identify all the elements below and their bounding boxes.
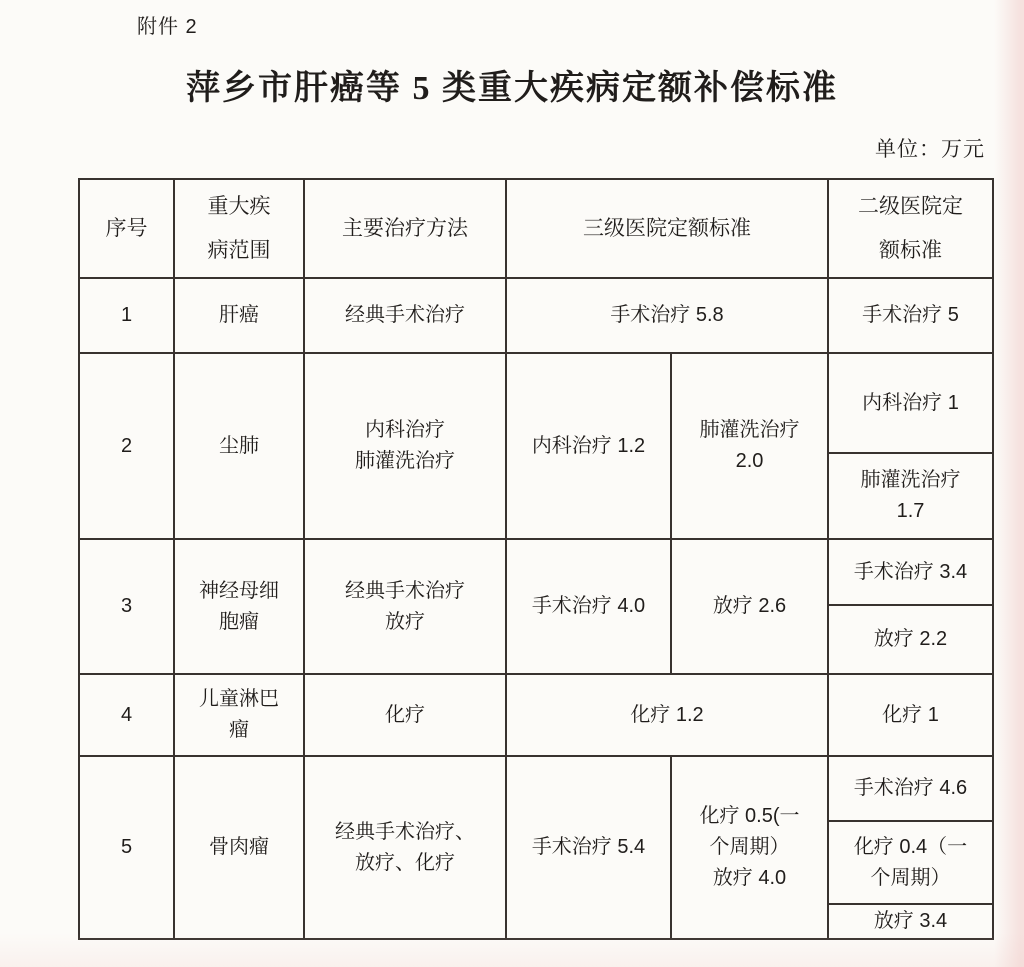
r4-seq-cell: 4 [79, 674, 174, 756]
scanned-document-page: 附件 2 萍乡市肝癌等 5 类重大疾病定额补偿标准 单位：万元 序号 重大疾 病… [0, 0, 1024, 967]
r5-treatment-cell: 经典手术治疗、 放疗、化疗 [304, 756, 506, 939]
header-treatment-cell: 主要治疗方法 [304, 179, 506, 278]
header-disease-scope-cell: 重大疾 病范围 [174, 179, 304, 278]
r4-disease-cell: 儿童淋巴 瘤 [174, 674, 304, 756]
r2-disease-cell: 尘肺 [174, 353, 304, 539]
r5-seq-cell: 5 [79, 756, 174, 939]
r2-tier2-b-cell: 肺灌洗治疗 1.7 [828, 453, 993, 539]
header-tier3-cell: 三级医院定额标准 [506, 179, 828, 278]
r2-tier2-a-cell: 内科治疗 1 [828, 353, 993, 453]
r2-tier3-b-cell: 肺灌洗治疗 2.0 [671, 353, 828, 539]
header-seq-cell: 序号 [79, 179, 174, 278]
attachment-label: 附件 2 [137, 10, 198, 39]
r5-tier3-a-cell: 手术治疗 5.4 [506, 756, 671, 939]
r3-tier2-b-cell: 放疗 2.2 [828, 605, 993, 674]
table-header-row: 序号 重大疾 病范围 主要治疗方法 三级医院定额标准 二级医院定 额标准 [79, 179, 993, 278]
r4-tier2-cell: 化疗 1 [828, 674, 993, 756]
compensation-standards-table: 序号 重大疾 病范围 主要治疗方法 三级医院定额标准 二级医院定 额标准 1 肝… [78, 178, 994, 940]
r2-tier3-a-cell: 内科治疗 1.2 [506, 353, 671, 539]
r1-seq-cell: 1 [79, 278, 174, 353]
r5-tier2-c-cell: 放疗 3.4 [828, 904, 993, 939]
unit-label: 单位：万元 [875, 133, 985, 163]
r3-tier3-b-cell: 放疗 2.6 [671, 539, 828, 674]
r3-seq-cell: 3 [79, 539, 174, 674]
r5-tier3-b-cell: 化疗 0.5(一 个周期） 放疗 4.0 [671, 756, 828, 939]
r1-treatment-cell: 经典手术治疗 [304, 278, 506, 353]
r5-tier2-b-cell: 化疗 0.4（一 个周期） [828, 821, 993, 904]
table-row: 5 骨肉瘤 经典手术治疗、 放疗、化疗 手术治疗 5.4 化疗 0.5(一 个周… [79, 756, 993, 821]
scan-edge-tint-right [994, 0, 1024, 967]
r2-seq-cell: 2 [79, 353, 174, 539]
r4-treatment-cell: 化疗 [304, 674, 506, 756]
r1-tier3-merged-cell: 手术治疗 5.8 [506, 278, 828, 353]
r1-tier2-cell: 手术治疗 5 [828, 278, 993, 353]
r3-treatment-cell: 经典手术治疗 放疗 [304, 539, 506, 674]
table-row: 2 尘肺 内科治疗 肺灌洗治疗 内科治疗 1.2 肺灌洗治疗 2.0 内科治疗 … [79, 353, 993, 453]
table-row: 4 儿童淋巴 瘤 化疗 化疗 1.2 化疗 1 [79, 674, 993, 756]
header-tier2-cell: 二级医院定 额标准 [828, 179, 993, 278]
r5-tier2-a-cell: 手术治疗 4.6 [828, 756, 993, 821]
r3-tier2-a-cell: 手术治疗 3.4 [828, 539, 993, 605]
r4-tier3-merged-cell: 化疗 1.2 [506, 674, 828, 756]
r2-treatment-cell: 内科治疗 肺灌洗治疗 [304, 353, 506, 539]
r3-disease-cell: 神经母细 胞瘤 [174, 539, 304, 674]
r5-disease-cell: 骨肉瘤 [174, 756, 304, 939]
table-row: 3 神经母细 胞瘤 经典手术治疗 放疗 手术治疗 4.0 放疗 2.6 手术治疗… [79, 539, 993, 605]
r3-tier3-a-cell: 手术治疗 4.0 [506, 539, 671, 674]
r1-disease-cell: 肝癌 [174, 278, 304, 353]
table-row: 1 肝癌 经典手术治疗 手术治疗 5.8 手术治疗 5 [79, 278, 993, 353]
document-title: 萍乡市肝癌等 5 类重大疾病定额补偿标准 [0, 60, 1024, 109]
